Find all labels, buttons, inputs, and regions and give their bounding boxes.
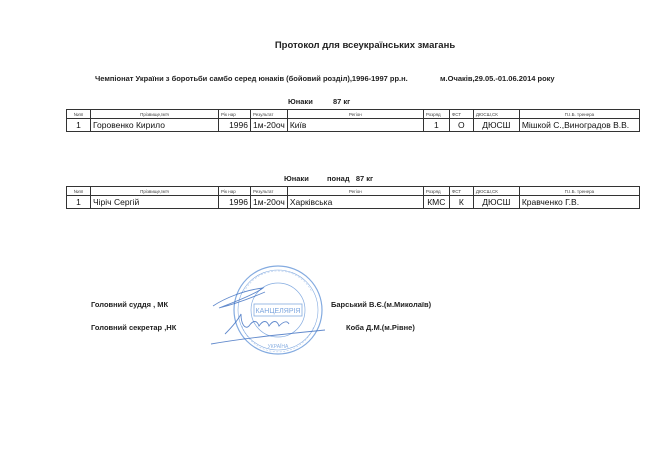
cell-school: ДЮСШ [473,119,519,132]
cell-result: 1м-20оч [251,196,288,209]
col-school: ДЮСШ,СК [473,110,519,119]
cell-school: ДЮСШ [473,196,519,209]
col-fst: ФСТ [449,187,473,196]
results-table-1: №пп Прізвище,Ім'я Рік нар Результат Регі… [66,109,640,132]
signature-icon [205,268,335,348]
table-header: №пп Прізвище,Ім'я Рік нар Результат Регі… [67,110,640,119]
cell-year: 1996 [219,196,251,209]
category-heading-2: Юнаки понад 87 кг [284,174,373,183]
category-group: Юнаки [288,97,313,106]
cell-no: 1 [67,196,91,209]
col-year: Рік нар [219,110,251,119]
cell-rank: 1 [423,119,449,132]
championship-title: Чемпіонат України з боротьби самбо серед… [95,74,408,83]
col-year: Рік нар [219,187,251,196]
table-row: 1 Чіріч Сергій 1996 1м-20оч Харківська К… [67,196,640,209]
cell-fst: О [449,119,473,132]
cell-no: 1 [67,119,91,132]
table-row: 1 Горовенко Кирило 1996 1м-20оч Київ 1 О… [67,119,640,132]
results-table-2: №пп Прізвище,Ім'я Рік нар Результат Регі… [66,186,640,209]
col-region: Регіон [287,110,423,119]
category-weight: 87 кг [333,97,350,106]
cell-coach: Кравченко Г.В. [519,196,639,209]
cell-region: Київ [287,119,423,132]
cell-rank: КМС [423,196,449,209]
col-rank: Розряд [423,187,449,196]
col-region: Регіон [287,187,423,196]
cell-fst: К [449,196,473,209]
table-header: №пп Прізвище,Ім'я Рік нар Результат Регі… [67,187,640,196]
cell-name: Чіріч Сергій [91,196,219,209]
col-name: Прізвище,Ім'я [91,110,219,119]
category-group: Юнаки [284,174,309,183]
head-judge-name: Барський В.Є.(м.Миколаїв) [331,300,431,309]
cell-region: Харківська [287,196,423,209]
category-heading-1: Юнаки 87 кг [288,97,350,106]
category-weight: понад 87 кг [327,174,373,183]
col-no: №пп [67,187,91,196]
cell-year: 1996 [219,119,251,132]
col-result: Результат [251,187,288,196]
col-coach: П.І.Б. тренера [519,110,639,119]
head-secretary-name: Коба Д.М.(м.Рівне) [346,323,415,332]
col-rank: Розряд [423,110,449,119]
place-date: м.Очаків,29.05.-01.06.2014 року [440,74,555,83]
col-fst: ФСТ [449,110,473,119]
col-no: №пп [67,110,91,119]
cell-name: Горовенко Кирило [91,119,219,132]
cell-result: 1м-20оч [251,119,288,132]
head-judge-label: Головний суддя , МК [91,300,168,309]
col-name: Прізвище,Ім'я [91,187,219,196]
col-school: ДЮСШ,СК [473,187,519,196]
cell-coach: Мішкой С.,Виноградов В.В. [519,119,639,132]
document-title: Протокол для всеукраїнських змагань [0,40,650,51]
col-result: Результат [251,110,288,119]
head-secretary-label: Головний секретар ,НК [91,323,176,332]
col-coach: П.І.Б. тренера [519,187,639,196]
